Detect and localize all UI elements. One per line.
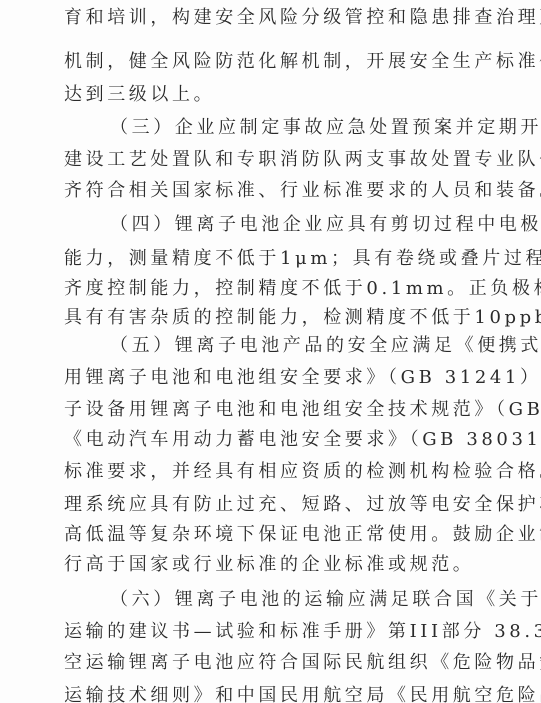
paragraph-line: 建设工艺处置队和专职消防队两支事故处置专业队伍，并配	[64, 148, 480, 172]
paragraph-line: 达到三级以上。	[64, 83, 480, 107]
paragraph-line: 理系统应具有防止过充、短路、过放等电安全保护功能，在	[64, 493, 480, 517]
section-6-heading-line: （六）锂离子电池的运输应满足联合国《关于危险货物	[110, 588, 480, 612]
paragraph-line: 高低温等复杂环境下保证电池正常使用。鼓励企业制定和执	[64, 523, 480, 547]
section-5-heading-line: （五）锂离子电池产品的安全应满足《便携式电子产品	[110, 334, 480, 358]
paragraph-line: 机制，健全风险防范化解机制，开展安全生产标准化建设并	[64, 50, 480, 74]
paragraph-line: 具有有害杂质的控制能力，检测精度不低于10ppb。	[64, 306, 480, 330]
paragraph-line: 用锂离子电池和电池组安全要求》（GB 31241）《固定式电	[64, 366, 480, 390]
paragraph-line: 育和培训，构建安全风险分级管控和隐患排查治理双重预防	[64, 6, 480, 30]
section-3-heading-line: （三）企业应制定事故应急处置预案并定期开展演练，	[110, 116, 480, 140]
document-page: 育和培训，构建安全风险分级管控和隐患排查治理双重预防 机制，健全风险防范化解机制…	[0, 0, 541, 703]
paragraph-line: 运输技术细则》和中国民用航空局《民用航空危险品运输管	[64, 684, 480, 703]
paragraph-line: 能力，测量精度不低于1μm；具有卷绕或叠片过程中电极对	[64, 247, 480, 271]
paragraph-line: 齐符合相关国家标准、行业标准要求的人员和装备。	[64, 179, 480, 203]
paragraph-line: 齐度控制能力，控制精度不低于0.1mm。正负极材料企业应	[64, 277, 480, 301]
paragraph-line: 运输的建议书—试验和标准手册》第III部分 38.3 节要求，航	[64, 620, 480, 644]
paragraph-line: 空运输锂离子电池应符合国际民航组织《危险物品安全航空	[64, 651, 480, 675]
paragraph-line: 《电动汽车用动力蓄电池安全要求》（GB 38031）等强制性	[64, 428, 480, 452]
paragraph-line: 子设备用锂离子电池和电池组安全技术规范》（GB 40165）	[64, 398, 480, 422]
paragraph-line: 标准要求，并经具有相应资质的检测机构检验合格。电池管	[64, 460, 480, 484]
section-4-heading-line: （四）锂离子电池企业应具有剪切过程中电极毛刺控制	[110, 213, 480, 237]
paragraph-line: 行高于国家或行业标准的企业标准或规范。	[64, 553, 480, 577]
